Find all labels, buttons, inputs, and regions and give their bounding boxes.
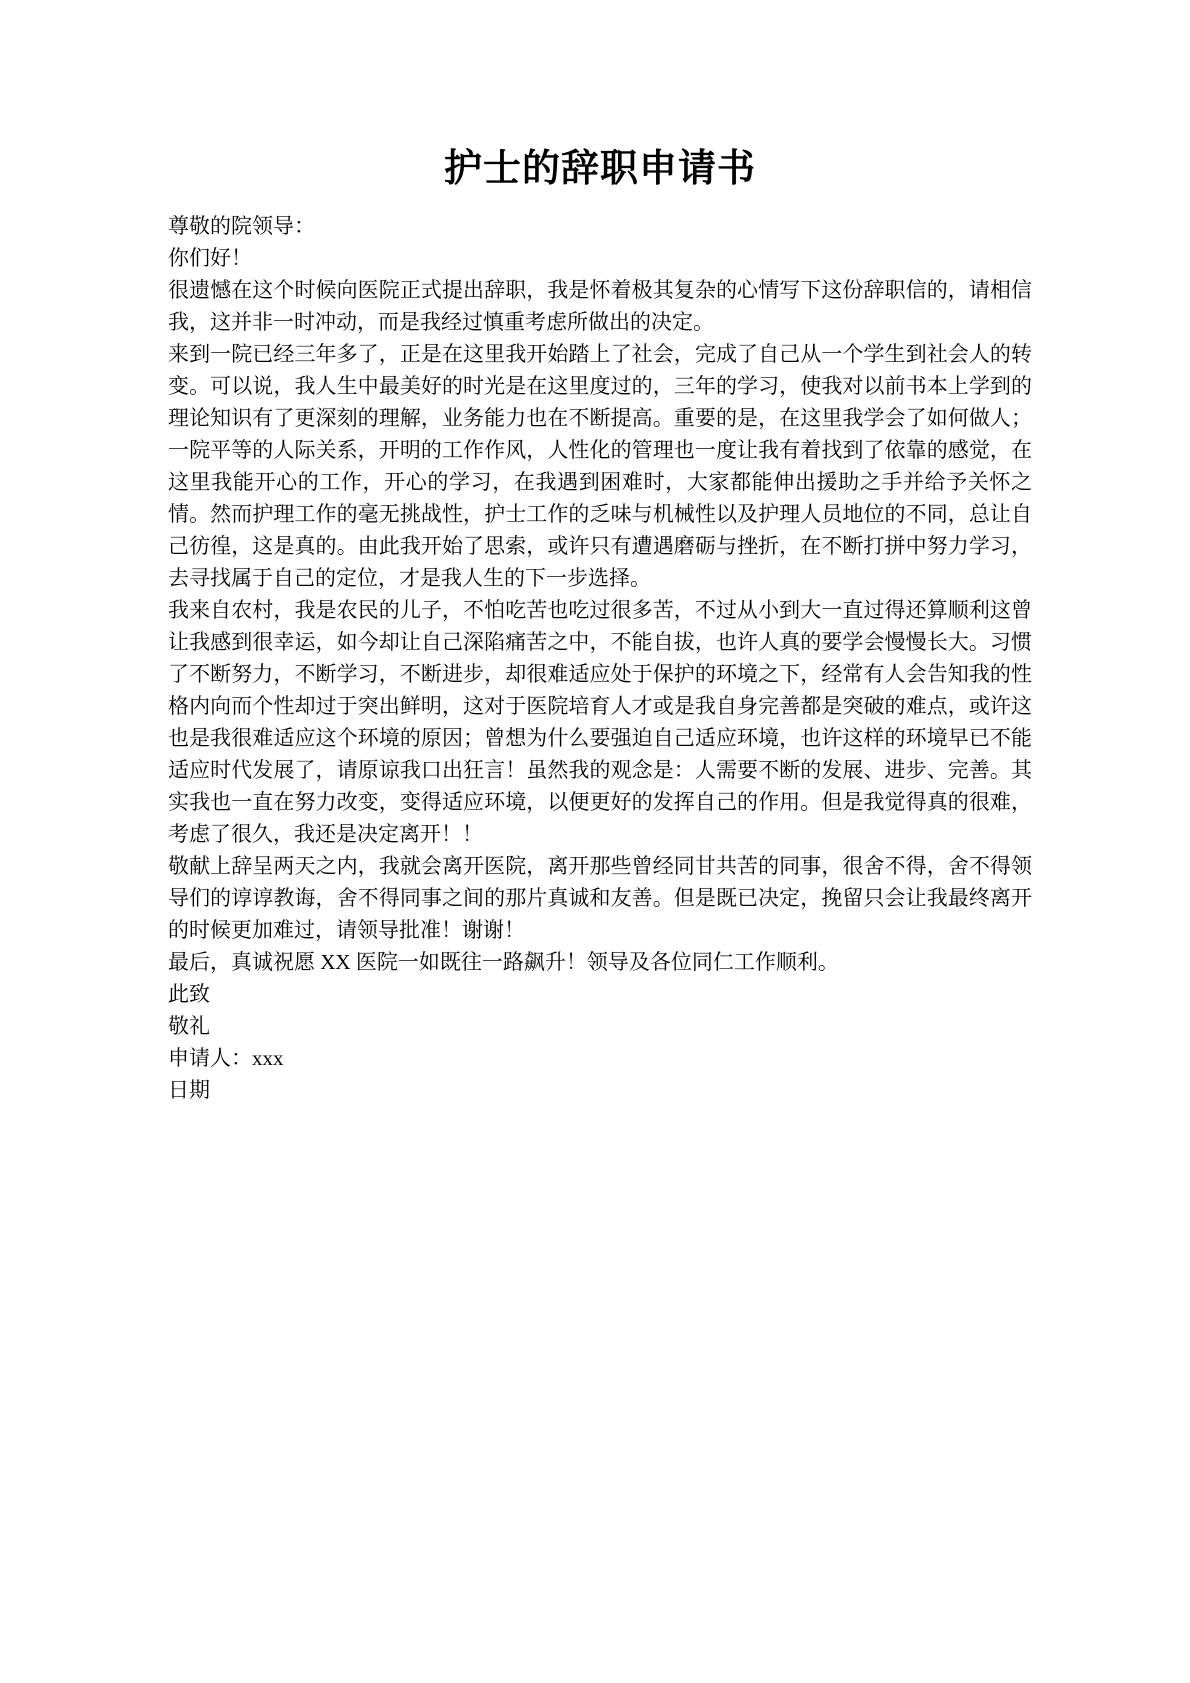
document-body: 尊敬的院领导： 你们好！ 很遗憾在这个时候向医院正式提出辞职，我是怀着极其复杂的… [168, 210, 1032, 1106]
paragraph-farewell: 敬献上辞呈两天之内，我就会离开医院，离开那些曾经同甘共苦的同事，很舍不得，舍不得… [168, 850, 1032, 946]
paragraph-intro: 很遗憾在这个时候向医院正式提出辞职，我是怀着极其复杂的心情写下这份辞职信的，请相… [168, 274, 1032, 338]
date-line: 日期 [168, 1074, 1032, 1106]
salutation-line: 尊敬的院领导： [168, 210, 1032, 242]
greeting-line: 你们好！ [168, 242, 1032, 274]
paragraph-experience: 来到一院已经三年多了，正是在这里我开始踏上了社会，完成了自己从一个学生到社会人的… [168, 338, 1032, 594]
paragraph-wishes: 最后，真诚祝愿 XX 医院一如既往一路飙升！领导及各位同仁工作顺利。 [168, 946, 1032, 978]
applicant-line: 申请人：xxx [168, 1042, 1032, 1074]
document-page: 护士的辞职申请书 尊敬的院领导： 你们好！ 很遗憾在这个时候向医院正式提出辞职，… [0, 0, 1190, 1683]
paragraph-reflection: 我来自农村，我是农民的儿子，不怕吃苦也吃过很多苦，不过从小到大一直过得还算顺利这… [168, 594, 1032, 850]
closing-jingli: 敬礼 [168, 1010, 1032, 1042]
closing-cizhi: 此致 [168, 978, 1032, 1010]
document-title: 护士的辞职申请书 [168, 146, 1032, 194]
